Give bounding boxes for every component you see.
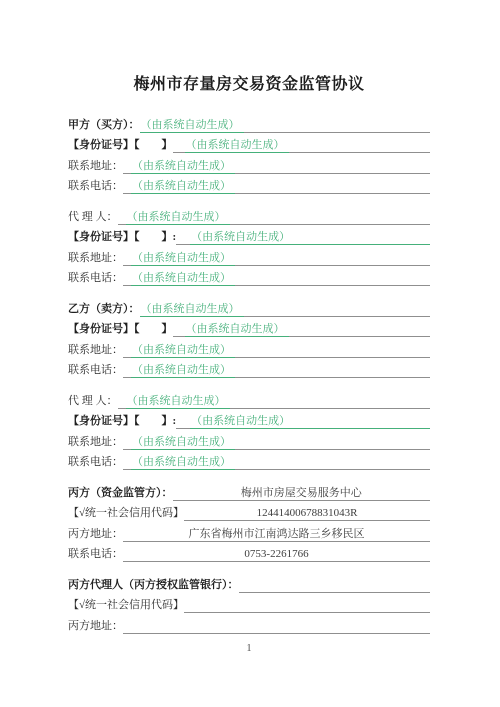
party-b-agent-phone-line-start [123,456,131,470]
party-b-agent-id-row: 【身份证号】【 】: （由系统自动生成） [68,409,430,430]
party-b-id-row: 【身份证号】【 】 （由系统自动生成） [68,317,430,338]
party-a-section: 甲方（买方）： （由系统自动生成） 【身份证号】【 】 （由系统自动生成） 联系… [68,112,430,194]
party-c-agent-credit-code-label: 【√统一社会信用代码】 [68,598,184,613]
party-c-agent-address-row: 丙方地址： [68,613,430,634]
party-b-agent-phone-row: 联系电话： （由系统自动生成） [68,450,430,471]
party-a-agent-id-row: 【身份证号】【 】: （由系统自动生成） [68,225,430,246]
party-b-name-label: 乙方（卖方）： [68,302,140,317]
party-b-agent-phone-label: 联系电话： [68,455,123,470]
party-a-phone-auto-value: （由系统自动生成） [131,180,235,194]
party-a-agent-name-auto-value: （由系统自动生成） [126,211,230,225]
party-a-agent-address-label: 联系地址： [68,251,123,266]
party-a-agent-address-row: 联系地址： （由系统自动生成） [68,245,430,266]
party-a-phone-blank-line [235,180,430,194]
party-b-id-line-start [173,323,185,337]
party-a-agent-id-label: 【身份证号】【 】: [68,230,176,245]
party-c-phone-row: 联系电话： 0753-2261766 [68,542,430,563]
party-a-agent-phone-blank-line [235,272,430,286]
party-c-credit-code-row: 【√统一社会信用代码】 12441400678831043R [68,501,430,522]
party-b-agent-address-blank-line [235,436,430,450]
party-a-agent-name-row: 代 理 人： （由系统自动生成） [68,204,430,225]
party-c-phone-label: 联系电话： [68,547,123,562]
party-c-name-label: 丙方（资金监管方）： [68,486,173,501]
party-b-agent-id-blank-line [294,415,430,429]
party-a-agent-name-line-start [118,211,126,225]
party-c-phone-value: 0753-2261766 [123,547,430,562]
party-a-name-label: 甲方（买方）： [68,118,140,133]
party-b-phone-label: 联系电话： [68,363,123,378]
party-b-address-row: 联系地址： （由系统自动生成） [68,337,430,358]
party-b-agent-address-row: 联系地址： （由系统自动生成） [68,429,430,450]
party-b-address-auto-value: （由系统自动生成） [131,344,235,358]
party-b-phone-blank-line [235,364,430,378]
party-c-agent-name-blank-line [239,579,431,593]
party-c-credit-code-value: 12441400678831043R [184,506,430,521]
party-a-agent-section: 代 理 人： （由系统自动生成） 【身份证号】【 】: （由系统自动生成） 联系… [68,204,430,286]
party-b-agent-address-auto-value: （由系统自动生成） [131,436,235,450]
party-a-id-blank-line [289,139,431,153]
page-number: 1 [68,643,430,654]
party-a-agent-name-blank-line [230,211,431,225]
party-c-name-value: 梅州市房屋交易服务中心 [173,486,431,501]
party-c-section: 丙方（资金监管方）： 梅州市房屋交易服务中心 【√统一社会信用代码】 12441… [68,480,430,562]
party-b-agent-name-auto-value: （由系统自动生成） [126,395,230,409]
party-a-name-auto-value: （由系统自动生成） [140,119,244,133]
party-a-id-line-start [173,139,185,153]
party-b-agent-address-label: 联系地址： [68,435,123,450]
party-c-agent-name-row: 丙方代理人（丙方授权监管银行）： [68,572,430,593]
party-c-address-label: 丙方地址： [68,527,123,542]
party-b-phone-auto-value: （由系统自动生成） [131,364,235,378]
party-b-address-line-start [123,344,131,358]
party-a-agent-id-auto-value: （由系统自动生成） [190,231,294,245]
party-a-address-row: 联系地址： （由系统自动生成） [68,153,430,174]
party-b-id-auto-value: （由系统自动生成） [185,323,289,337]
party-a-id-row: 【身份证号】【 】 （由系统自动生成） [68,133,430,154]
party-b-id-blank-line [289,323,431,337]
party-b-agent-id-line-start [176,415,190,429]
document-title: 梅州市存量房交易资金监管协议 [68,74,430,95]
party-a-agent-name-label: 代 理 人： [68,210,118,225]
party-b-address-label: 联系地址： [68,343,123,358]
party-a-address-line-start [123,160,131,174]
party-a-agent-phone-auto-value: （由系统自动生成） [131,272,235,286]
party-a-agent-id-blank-line [294,231,430,245]
party-c-agent-credit-code-row: 【√统一社会信用代码】 [68,593,430,614]
party-b-agent-name-line-start [118,395,126,409]
party-b-agent-name-blank-line [230,395,431,409]
party-a-address-label: 联系地址： [68,159,123,174]
party-a-name-row: 甲方（买方）： （由系统自动生成） [68,112,430,133]
party-a-id-label: 【身份证号】【 】 [68,138,173,153]
document-page: 梅州市存量房交易资金监管协议 甲方（买方）： （由系统自动生成） 【身份证号】【… [0,0,500,707]
party-c-credit-code-label: 【√统一社会信用代码】 [68,506,184,521]
party-b-phone-row: 联系电话： （由系统自动生成） [68,358,430,379]
party-b-phone-line-start [123,364,131,378]
party-a-agent-phone-row: 联系电话： （由系统自动生成） [68,266,430,287]
party-a-name-blank-line [244,119,431,133]
party-a-agent-address-blank-line [235,252,430,266]
party-b-address-blank-line [235,344,430,358]
party-a-agent-phone-line-start [123,272,131,286]
party-b-agent-name-label: 代 理 人： [68,394,118,409]
party-a-phone-row: 联系电话： （由系统自动生成） [68,174,430,195]
party-b-agent-name-row: 代 理 人： （由系统自动生成） [68,388,430,409]
party-c-agent-address-blank-line [123,620,430,634]
party-c-address-value: 广东省梅州市江南鸿达路三乡移民区 [123,527,430,542]
party-a-agent-address-line-start [123,252,131,266]
party-b-agent-id-label: 【身份证号】【 】: [68,414,176,429]
party-a-agent-phone-label: 联系电话： [68,271,123,286]
party-a-phone-line-start [123,180,131,194]
party-c-agent-name-label: 丙方代理人（丙方授权监管银行）： [68,578,239,593]
party-c-agent-credit-code-blank-line [184,599,430,613]
party-b-section: 乙方（卖方）： （由系统自动生成） 【身份证号】【 】 （由系统自动生成） 联系… [68,296,430,378]
party-c-agent-address-label: 丙方地址： [68,619,123,634]
party-b-name-row: 乙方（卖方）： （由系统自动生成） [68,296,430,317]
party-b-agent-id-auto-value: （由系统自动生成） [190,415,294,429]
party-b-name-blank-line [244,303,431,317]
party-a-agent-address-auto-value: （由系统自动生成） [131,252,235,266]
party-b-agent-phone-auto-value: （由系统自动生成） [131,456,235,470]
party-c-address-row: 丙方地址： 广东省梅州市江南鸿达路三乡移民区 [68,521,430,542]
party-b-name-auto-value: （由系统自动生成） [140,303,244,317]
party-b-agent-phone-blank-line [235,456,430,470]
party-a-address-blank-line [235,160,430,174]
party-a-id-auto-value: （由系统自动生成） [185,139,289,153]
party-a-phone-label: 联系电话： [68,179,123,194]
party-c-agent-section: 丙方代理人（丙方授权监管银行）： 【√统一社会信用代码】 丙方地址： [68,572,430,634]
party-b-agent-address-line-start [123,436,131,450]
party-a-address-auto-value: （由系统自动生成） [131,160,235,174]
party-c-name-row: 丙方（资金监管方）： 梅州市房屋交易服务中心 [68,480,430,501]
party-b-id-label: 【身份证号】【 】 [68,322,173,337]
party-a-agent-id-line-start [176,231,190,245]
party-b-agent-section: 代 理 人： （由系统自动生成） 【身份证号】【 】: （由系统自动生成） 联系… [68,388,430,470]
